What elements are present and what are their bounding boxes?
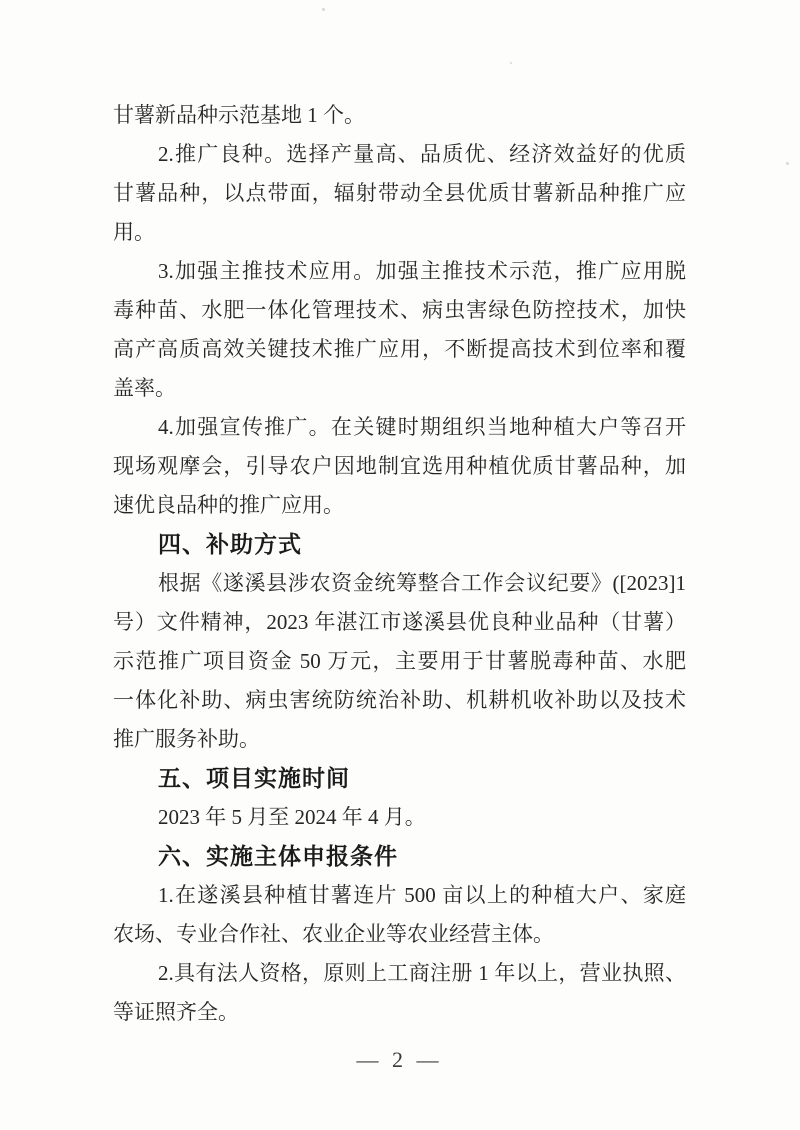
doc-line: 毒种苗、水肥一体化管理技术、病虫害绿色防控技术，加快 <box>113 291 686 330</box>
doc-line: 推广服务补助。 <box>113 720 686 759</box>
page-number: — 2 — <box>113 1045 686 1075</box>
doc-line: 用。 <box>113 213 686 252</box>
scan-speck <box>322 8 325 11</box>
scan-speck <box>786 162 789 165</box>
doc-line: 等证照齐全。 <box>113 993 686 1032</box>
doc-line: 高产高质高效关键技术推广应用，不断提高技术到位率和覆 <box>113 330 686 369</box>
section-heading-applicant-conditions: 六、实施主体申报条件 <box>113 837 686 876</box>
doc-line: 示范推广项目资金 50 万元，主要用于甘薯脱毒种苗、水肥 <box>113 642 686 681</box>
doc-line: 2.具有法人资格，原则上工商注册 1 年以上，营业执照、 <box>113 954 686 993</box>
doc-line: 现场观摩会，引导农户因地制宜选用种植优质甘薯品种，加 <box>113 447 686 486</box>
doc-line: 1.在遂溪县种植甘薯连片 500 亩以上的种植大户、家庭 <box>113 876 686 915</box>
doc-line: 号）文件精神，2023 年湛江市遂溪县优良种业品种（甘薯） <box>113 603 686 642</box>
doc-line: 农场、专业合作社、农业企业等农业经营主体。 <box>113 915 686 954</box>
doc-line: 速优良品种的推广应用。 <box>113 486 686 525</box>
doc-line: 盖率。 <box>113 369 686 408</box>
doc-line: 甘薯品种，以点带面，辐射带动全县优质甘薯新品种推广应 <box>113 174 686 213</box>
section-heading-subsidy-method: 四、补助方式 <box>113 525 686 564</box>
doc-line: 根据《遂溪县涉农资金统筹整合工作会议纪要》([2023]1 <box>113 564 686 603</box>
doc-line: 一体化补助、病虫害统防统治补助、机耕机收补助以及技术 <box>113 681 686 720</box>
section-heading-implementation-period: 五、项目实施时间 <box>113 759 686 798</box>
doc-line: 甘薯新品种示范基地 1 个。 <box>113 96 686 135</box>
doc-line: 2023 年 5 月至 2024 年 4 月。 <box>113 798 686 837</box>
doc-line: 2.推广良种。选择产量高、品质优、经济效益好的优质 <box>113 135 686 174</box>
scan-speck <box>510 62 512 64</box>
doc-line: 4.加强宣传推广。在关键时期组织当地种植大户等召开 <box>113 408 686 447</box>
doc-line: 3.加强主推技术应用。加强主推技术示范，推广应用脱 <box>113 252 686 291</box>
scanned-document-page: 甘薯新品种示范基地 1 个。 2.推广良种。选择产量高、品质优、经济效益好的优质… <box>0 0 800 1130</box>
document-body: 甘薯新品种示范基地 1 个。 2.推广良种。选择产量高、品质优、经济效益好的优质… <box>113 96 686 1032</box>
